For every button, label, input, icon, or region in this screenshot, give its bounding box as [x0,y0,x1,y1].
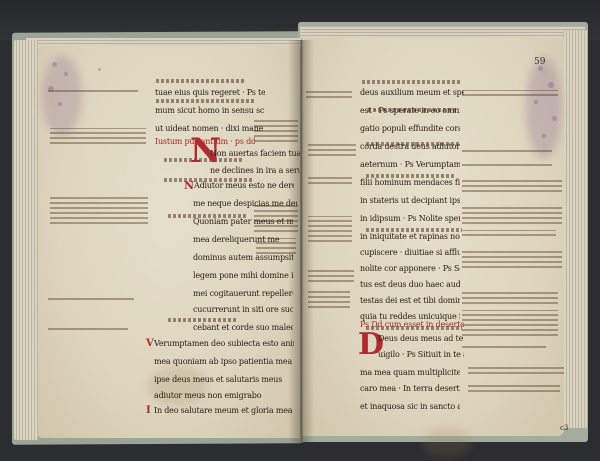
interlinear-gloss [168,318,238,322]
text-line: filii hominum mendaces filii hominum [360,178,460,187]
stain-dot [98,68,101,71]
water-stain [422,428,472,458]
red-initial-n-small: N [184,180,194,191]
book-gutter [288,40,314,445]
text-line: mei cogitauerunt repellere [193,289,293,298]
page-edges-top-right [300,26,585,38]
marginal-gloss [308,290,350,308]
marginal-gloss [48,296,134,300]
stain-dot [58,102,62,106]
text-line: cucurrerunt in siti ore suo benedi [193,305,293,314]
marginal-gloss [48,326,128,330]
text-line: mum sicut homo in sensu sc [155,106,265,115]
text-line: Deus deus meus ad te de luce [378,334,464,343]
red-initial-i: I [146,406,151,416]
marginal-gloss [462,344,546,348]
text-line: et inaquosa sic in sancto appa [360,402,460,411]
purple-stain-area [526,58,562,158]
text-line: tus est deus duo haec audiui quia po [360,280,460,289]
marginal-gloss [48,88,138,92]
marginal-gloss [462,310,558,336]
text-line: ne declines in ira a seruo tuo [210,166,300,175]
marginal-gloss [462,250,562,268]
text-line: ma mea quam multipliciter tibi [360,368,460,377]
marginal-gloss [308,142,356,156]
folio-number-bottom: c3 [560,424,568,432]
text-line: me neque despicias me deus salutaris meu… [193,199,298,208]
page-edges-top-left [26,38,301,46]
purple-stain-area [42,56,82,136]
text-line: in stateris ut decipiant ipsi de uanitat… [360,196,460,205]
text-line: Adiutor meus esto ne derelinquas [194,181,294,190]
left-page: tuae eius quis regeret · Ps te ipsa mum … [38,46,300,438]
stain-dot [552,116,557,121]
text-line: ipse deus meus et salutaris meus [154,375,294,384]
text-line: Quoniam pater meus et mater [193,217,293,226]
text-line: mea dereliquerunt me [193,235,293,244]
red-initial-v: V [146,339,154,349]
stain-dot [542,134,546,138]
marginal-gloss [308,270,354,282]
marginal-gloss [462,162,552,166]
text-line: adiutor meus non emigrabo [154,391,294,400]
text-line: est · Ps sperate in eo omnis congre [360,106,460,115]
manuscript-photo: Photograph of an open medieval manuscrip… [0,0,600,461]
text-line: legem pone mihi domine in [193,271,293,280]
text-line: in idipsum · Ps Nolite sperare [360,214,460,223]
text-line: In deo salutare meum et gloria mea [154,406,294,415]
marginal-gloss [50,196,148,224]
marginal-gloss [462,206,562,224]
text-line: testas dei est et tibi domine misericord… [360,296,460,305]
text-line: uigilo · Ps Sitiuit in te ani [378,350,464,359]
text-line: mea quoniam ab ipso patientia mea · Qa [154,357,294,366]
interlinear-gloss [156,79,246,83]
marginal-gloss [308,216,352,242]
marginal-gloss [462,148,552,152]
text-line: caro mea · In terra deserta et in uia [360,384,460,393]
marginal-gloss [462,290,558,304]
text-line: gatio populi effundite coram illo [360,124,460,133]
page-edges-left [14,40,38,440]
text-line: Verumptamen deo subiecta esto anima [154,339,294,348]
stain-dot [64,72,68,76]
text-line: cupiscere · diuitiae si affluant [360,248,460,257]
text-line: deus auxilium meum et spes mea in deo [360,88,464,97]
marginal-gloss [468,384,560,392]
text-line: in iniquitate et rapinas nolite con [360,232,460,241]
marginal-gloss [468,366,564,374]
text-line: dominus autem assumpsit me [193,253,293,262]
marginal-gloss [462,90,558,96]
interlinear-gloss [156,99,256,103]
text-line: corda uestra deus adiutor noster in [360,142,460,151]
right-page: 59 c3 deus auxilium meum et spes mea in … [302,38,564,436]
text-line: aeternum · Ps Verumptamen uani [360,160,460,169]
stain-dot [548,82,554,88]
marginal-gloss [462,178,562,192]
marginal-gloss [308,174,352,184]
text-line: nolite cor apponere · Ps Semel locu [360,264,460,273]
text-line: tuae eius quis regeret · Ps te ipsa [155,88,265,97]
folio-number-top: 59 [534,57,545,67]
marginal-gloss [50,128,146,144]
water-stain [148,366,208,406]
marginal-gloss [462,230,556,236]
page-edges-right [563,30,587,428]
text-line: Non auertas faciem tuam a me [210,149,300,158]
interlinear-gloss [362,80,462,84]
stain-dot [52,62,57,67]
stain-dot [534,100,538,104]
text-line: cebant et corde suo maledicebant [193,323,293,332]
